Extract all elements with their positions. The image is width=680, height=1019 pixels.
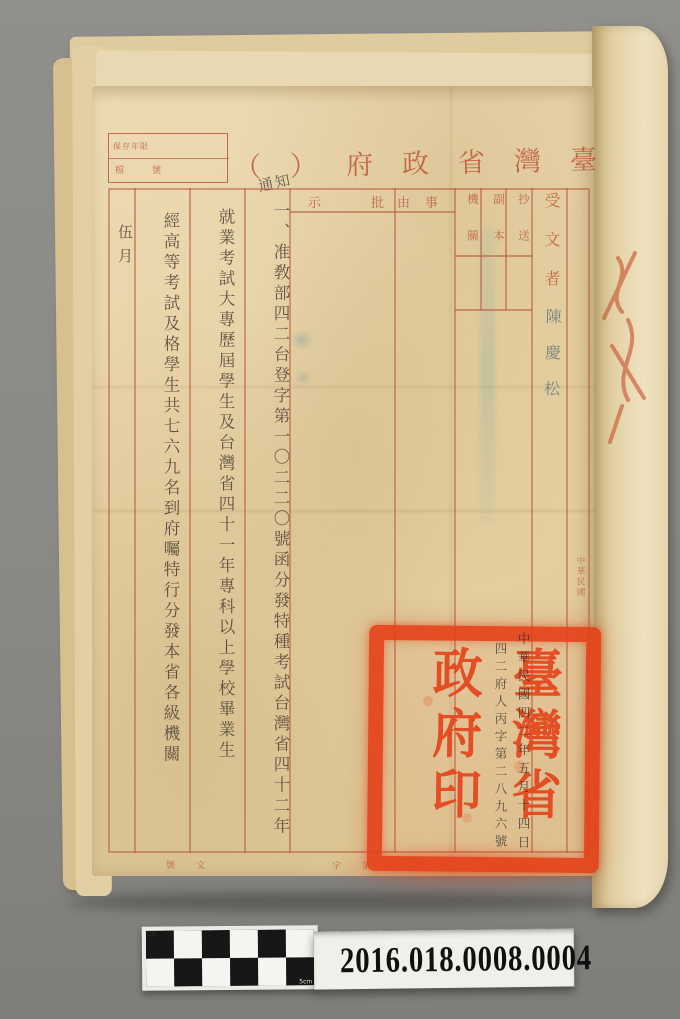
instruction-column-label: 示批 bbox=[290, 192, 395, 210]
photo-scene: 保存年限 檔號 （）府政省灣臺 通知 bbox=[0, 0, 680, 1019]
document-page: 保存年限 檔號 （）府政省灣臺 通知 bbox=[92, 86, 594, 876]
retention-label: 保存年限 bbox=[109, 134, 229, 159]
marginal-note: 伍月 bbox=[112, 224, 136, 294]
handwritten-column-1: 一、准敎部四二台登字第一〇二二〇號函分發特種考試台灣省四十二年 bbox=[246, 202, 292, 852]
accession-label: 2016.018.0008.0004 bbox=[314, 928, 575, 989]
official-seal: 臺灣省政府印 bbox=[367, 625, 602, 873]
book-shadow bbox=[66, 893, 622, 911]
copy-header-right: 抄送 bbox=[512, 193, 532, 293]
seal-ink-date: 中華民國四二年五月十四日 bbox=[512, 632, 532, 892]
seal-characters: 臺灣省政府印 bbox=[396, 645, 574, 838]
recipient-name-handwritten: 陳慶松 bbox=[532, 308, 565, 439]
copy-header-left: 機關 bbox=[461, 193, 481, 293]
accession-number: 2016.018.0008.0004 bbox=[340, 929, 549, 990]
doc-number-label: 號 文 bbox=[166, 858, 211, 871]
checkerboard-scale bbox=[146, 929, 314, 986]
ruler-cm-label: cm bbox=[147, 931, 156, 938]
republic-date-label: 中華民國 bbox=[568, 556, 586, 626]
seal-ink-docnumber: 四二府人丙字第二八九六號 bbox=[489, 642, 509, 902]
photo-scale-ruler: cm 5cm bbox=[142, 925, 319, 991]
handwritten-column-3: 經高等考試及格學生共七六九名到府囑特行分發本省各級機關 bbox=[136, 212, 182, 852]
red-margin-marks bbox=[588, 246, 668, 456]
handwritten-column-2: 就業考試大專歷屆學生及台灣省四十一年專科以上學校畢業生 bbox=[191, 208, 237, 848]
file-number-box: 保存年限 檔號 bbox=[108, 133, 228, 183]
file-number-label: 檔號 bbox=[109, 159, 229, 184]
copy-header-middle: 副本 bbox=[487, 193, 507, 293]
ruler-5cm-label: 5cm bbox=[299, 978, 312, 985]
